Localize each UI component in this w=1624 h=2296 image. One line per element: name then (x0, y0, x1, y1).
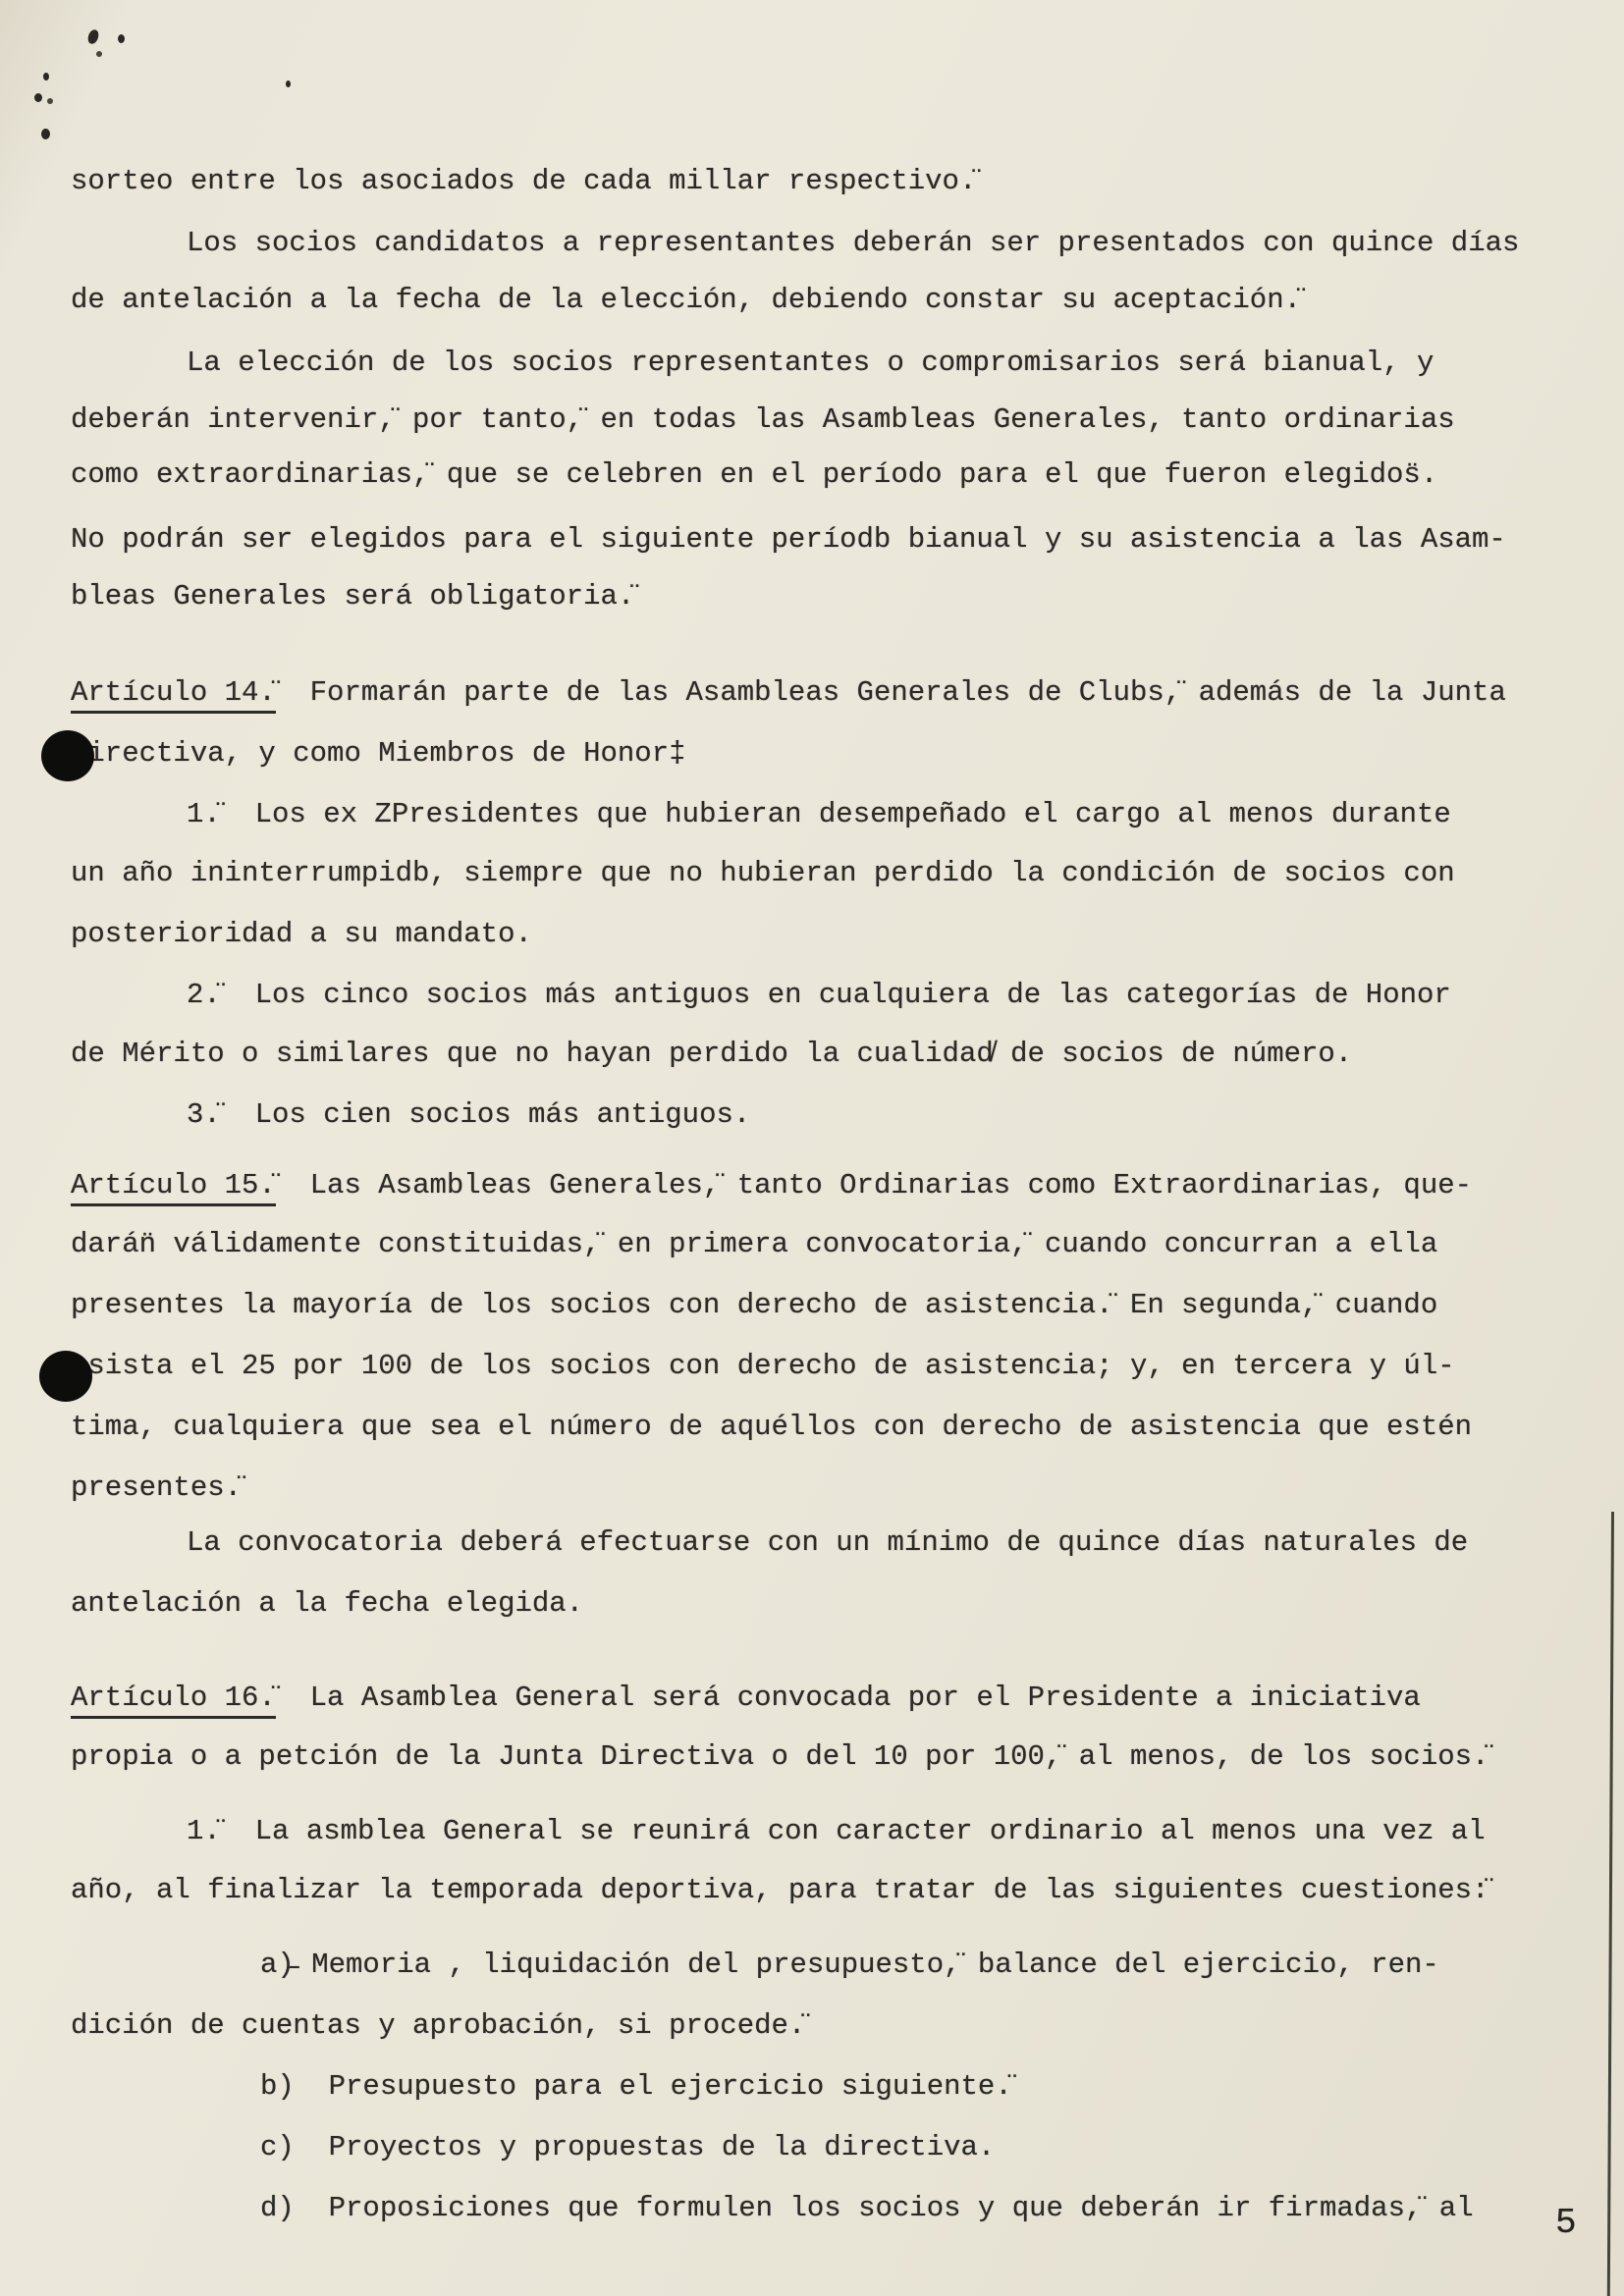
article-heading: Artículo 14.̈ (71, 676, 276, 714)
text-line: antelación a la fecha elegida. (71, 1586, 583, 1622)
text-line: posterioridad a su mandato. (71, 917, 532, 952)
text-line: La convocatoria deberá efectuarse con un… (187, 1525, 1468, 1561)
text-line: b) Presupuesto para el ejercicio siguien… (260, 2069, 1012, 2105)
text-line: asista el 25 por 100 de los socios con d… (71, 1349, 1455, 1384)
text-line: c) Proyectos y propuestas de la directiv… (260, 2130, 995, 2165)
article-line: Artículo 14.̈ Formarán parte de las Asam… (71, 675, 1506, 711)
text-line: Los socios candidatos a representantes d… (187, 226, 1519, 261)
ink-speck (47, 98, 53, 104)
scanned-document-page: sorteo entre los asociados de cada milla… (0, 0, 1624, 2296)
text-line: bleas Generales será obligatoria.̈ (71, 579, 634, 614)
text-line: directiva, y como Miembros de Honor‡ (71, 736, 686, 772)
text-line: a)̵ Memoria , liquidación del presupuest… (260, 1948, 1439, 1983)
text-line: propia o a petción de la Junta Directiva… (71, 1739, 1489, 1775)
text-line: sorteo entre los asociados de cada milla… (71, 164, 976, 199)
text-line: año, al finalizar la temporada deportiva… (71, 1873, 1489, 1908)
ink-speck (286, 80, 291, 87)
ink-speck (41, 129, 50, 139)
ink-speck (118, 34, 125, 43)
text-line: tima, cualquiera que sea el número de aq… (71, 1410, 1472, 1445)
article-line: Artículo 16.̈ La Asamblea General será c… (71, 1681, 1421, 1716)
page-edge-line (1607, 1512, 1614, 2296)
text-line: 3.̈ Los cien socios más antiguos. (187, 1097, 750, 1133)
text-line: 1.̈ La asmblea General se reunirá con ca… (187, 1814, 1486, 1849)
text-line: dición de cuentas y aprobación, si proce… (71, 2008, 805, 2044)
article-heading: Artículo 15.̈ (71, 1169, 276, 1206)
page-number: 5 (1555, 2203, 1577, 2243)
text-line: presentes.̈ (71, 1470, 242, 1506)
text-line: La elección de los socios representantes… (187, 346, 1434, 381)
ink-speck (86, 28, 101, 46)
text-line: 2.̈ Los cinco socios más antiguos en cua… (187, 978, 1451, 1013)
text-line: 1.̈ Los ex ZPresidentes que hubieran des… (187, 797, 1451, 832)
text-line: como extraordinarias,̈ que se celebren e… (71, 457, 1437, 493)
text-line: d) Proposiciones que formulen los socios… (260, 2191, 1474, 2226)
article-heading: Artículo 16.̈ (71, 1682, 276, 1719)
text-line: No podrán ser elegidos para el siguiente… (71, 522, 1506, 558)
text-line: de antelación a la fecha de la elección,… (71, 283, 1301, 318)
text-line: darán̈ válidamente constituidas,̈ en pri… (71, 1227, 1437, 1262)
ink-speck (43, 73, 49, 80)
text-line: un año ininterrumpidb, siempre que no hu… (71, 856, 1455, 891)
text-line: de Mérito o similares que no hayan perdi… (71, 1037, 1352, 1072)
text-line: presentes la mayoría de los socios con d… (71, 1288, 1437, 1323)
ink-speck (34, 93, 42, 102)
article-line: Artículo 15.̈ Las Asambleas Generales,̈ … (71, 1168, 1472, 1203)
hole-punch-mark-bottom (39, 1351, 92, 1402)
text-line: deberán intervenir,̈ por tanto,̈ en toda… (71, 402, 1455, 438)
hole-punch-mark-top (41, 730, 94, 781)
ink-speck (96, 51, 102, 57)
